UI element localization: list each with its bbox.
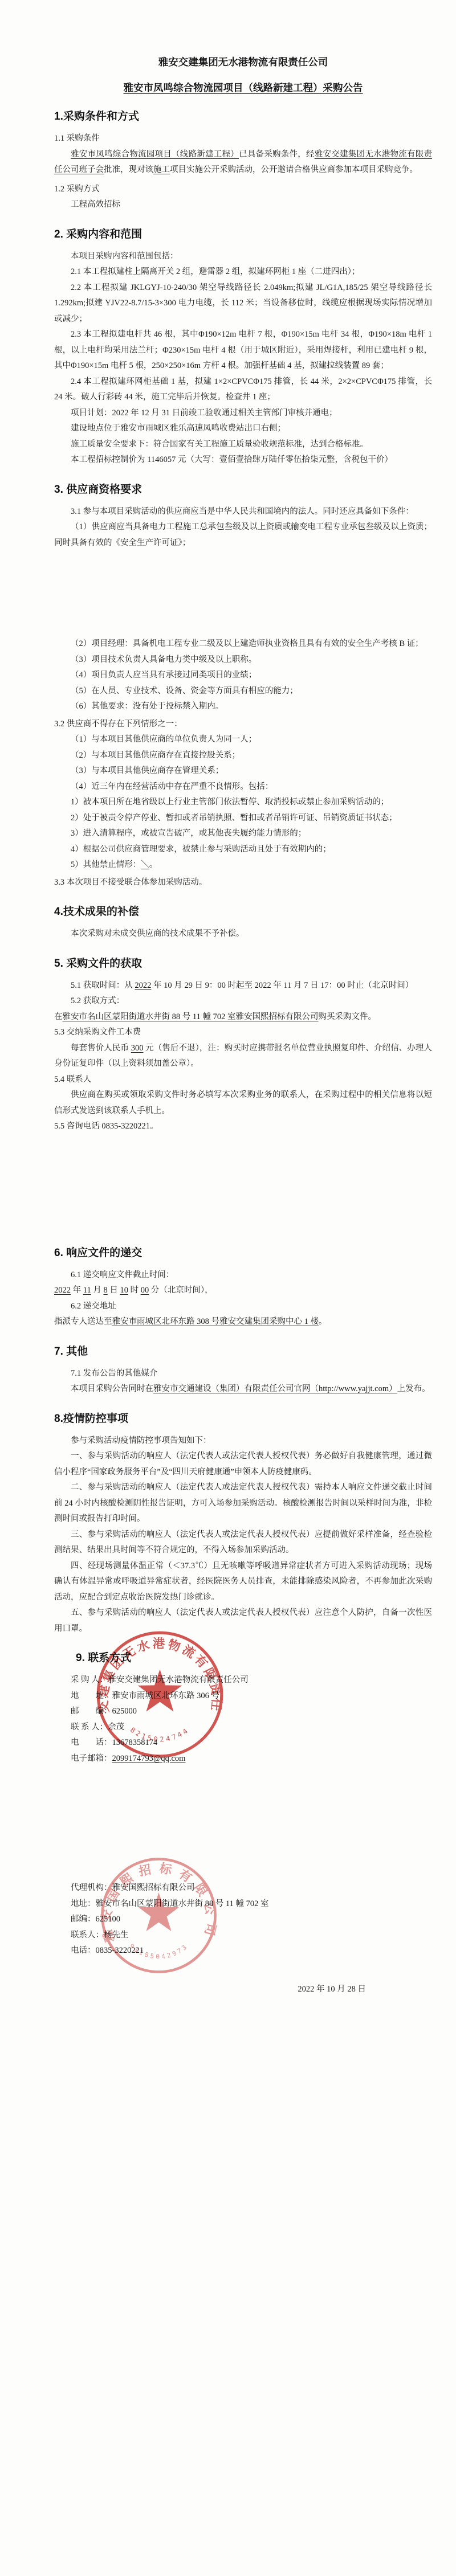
clause-5-4: 5.4 联系人: [54, 1072, 432, 1088]
text-segment: 指派专人送达至: [54, 1317, 112, 1326]
epidemic-intro: 参与采购活动疫情防控事项告知如下：: [54, 1433, 432, 1449]
clause-5-1: 5.1 获取时间：从 2022 年 10 月 29 日 9：00 时起至 202…: [54, 978, 432, 994]
qualification-item-6: （6）其他要求：没有处于投标禁入期内。: [54, 699, 432, 715]
section-3-heading: 3. 供应商资格要求: [54, 482, 432, 498]
page-break-gap: [54, 1135, 432, 1232]
section-1-heading: 1.采购条件和方式: [54, 109, 432, 125]
underlined-segment: 300: [131, 1044, 144, 1053]
prohibited-item-2: （2）与本项目其他供应商存在直接控股关系；: [54, 748, 432, 764]
procurement-method: 工程高效招标: [54, 197, 432, 213]
section-3-supplier-qualification: 3. 供应商资格要求 3.1 参与本项目采购活动的供应商应当是中华人民共和国境内…: [54, 482, 432, 891]
clause-6-2: 6.2 递交地址: [54, 1299, 432, 1315]
clause-5-3-body: 每套售价人民币 300 元（售后不退），注：购买时应携带报名单位营业执照复印件、…: [54, 1041, 432, 1072]
control-price: 本工程招标控制价为 1146057 元（大写：壹佰壹拾肆万陆仟零伍拾柒元整，含税…: [54, 452, 432, 468]
clause-6-1: 6.1 递交响应文件截止时间：: [54, 1267, 432, 1283]
text-segment: 。: [149, 860, 158, 869]
underlined-segment: ＼: [141, 860, 149, 869]
underlined-segment: 雅安市凤鸣综合物流园项目（线路新建工程）: [71, 150, 239, 159]
text-segment: 已具备采购条件，经: [239, 150, 315, 159]
section-6-heading: 6. 响应文件的递交: [54, 1245, 432, 1261]
qualification-item-1: （1）供应商应当具备电力工程施工总承包叁级及以上资质或输变电工程专业承包叁级及以…: [54, 520, 432, 551]
agency-address: 雅安市名山区蒙阳街道水井街 88 号 11 幢 702 室: [96, 1899, 269, 1908]
project-location: 建设地点位于雅安市雨城区雅乐高速凤鸣收费站出口右侧；: [54, 421, 432, 437]
section-2-heading: 2. 采购内容和范围: [54, 227, 432, 243]
epidemic-rule-5: 五、参与采购活动的响应人（法定代表人或法定代表人授权代表）应注意个人防护，自备一…: [54, 1605, 432, 1637]
page-break-gap: [54, 551, 432, 636]
epidemic-rule-1: 一、参与采购活动的响应人（法定代表人或法定代表人授权代表）务必做好自我健康管理，…: [54, 1449, 432, 1480]
prohibited-item-4: （4）近三年内在经营活动中存在严重不良情形。包括：: [54, 779, 432, 795]
agency-contact-block: 代理机构：雅安国熙招标有限公司 地址：雅安市名山区蒙阳街道水井街 88 号 11…: [54, 1880, 432, 1959]
text-segment: 年 10 月 29 日 9：00 时起至 2022 年 11 月 7 日 17：…: [151, 981, 413, 990]
agency-phone-line: 电话：0835-3220221: [54, 1943, 432, 1959]
field-label: 邮 编：: [71, 1707, 112, 1716]
announcement-media: 本项目采购公告同时在雅安市交通建设（集团）有限责任公司官网（http://www…: [54, 1381, 432, 1397]
buyer-line: 采 购 人：雅安交建集团无水港物流有限责任公司: [54, 1673, 432, 1688]
clause-5-3: 5.3 交纳采购文件工本费: [54, 1025, 432, 1041]
buyer-phone: 13678358174: [112, 1738, 158, 1747]
agency-name: 雅安国熙招标有限公司: [112, 1883, 195, 1892]
bad-record-item-5: 5）其他禁止情形：＼。: [54, 857, 432, 873]
section-5-heading: 5. 采购文件的获取: [54, 956, 432, 972]
section-6-submission: 6. 响应文件的递交 6.1 递交响应文件截止时间： 2022 年 11 月 8…: [54, 1245, 432, 1330]
clause-1-1-heading: 1.1 采购条件: [54, 131, 432, 147]
field-label: 电子邮箱：: [71, 1754, 112, 1763]
field-label: 电 话：: [71, 1738, 112, 1747]
agency-contact: 杨先生: [104, 1931, 129, 1940]
section-9-contact: 9. 联系方式 采 购 人：雅安交建集团无水港物流有限责任公司 地 址：雅安市雨…: [54, 1650, 432, 1767]
buyer-address: 雅安市雨城区北环东路 306 号: [112, 1691, 220, 1700]
bad-record-item-1: 1）被本项目所在地省级以上行业主管部门依法暂停、取消投标或禁止参加采购活动的；: [54, 795, 432, 811]
underlined-segment: 8: [103, 1286, 107, 1295]
field-label: 采 购 人：: [71, 1675, 108, 1684]
agency-zip: 625100: [96, 1915, 121, 1924]
clause-1-2-heading: 1.2 采购方式: [54, 182, 432, 198]
agency-address-line: 地址：雅安市名山区蒙阳街道水井街 88 号 11 幢 702 室: [54, 1896, 432, 1912]
underlined-segment: 11: [83, 1286, 91, 1295]
qualification-item-3: （3）项目技术负责人具备电力类中级及以上职称。: [54, 652, 432, 668]
scope-intro: 本项目采购内容和范围包括：: [54, 249, 432, 265]
announcement-title: 雅安市凤鸣综合物流园项目（线路新建工程）采购公告: [54, 80, 432, 95]
qualification-item-5: （5）在人员、专业技术、设备、资金等方面具有相应的能力；: [54, 684, 432, 700]
epidemic-rule-4: 四、经现场测量体温正常（＜37.3℃）且无咳嗽等呼吸道异常症状者方可进入采购活动…: [54, 1559, 432, 1606]
field-label: 代理机构：: [71, 1883, 112, 1892]
underlined-segment: 10: [120, 1286, 128, 1295]
field-label: 地址：: [71, 1899, 96, 1908]
signature-date: 2022 年 10 月 28 日: [54, 1982, 432, 1998]
section-4-heading: 4.技术成果的补偿: [54, 904, 432, 920]
agency-phone: 0835-3220221: [96, 1946, 144, 1955]
agency-name-line: 代理机构：雅安国熙招标有限公司: [54, 1880, 432, 1896]
field-label: 联 系 人：: [71, 1723, 108, 1732]
text-segment: 本项目采购公告同时在: [71, 1384, 153, 1393]
quality-requirement: 施工质量安全要求下：符合国家有关工程施工质量验收规范标准，达到合格标准。: [54, 437, 432, 453]
section-9-heading: 9. 联系方式: [54, 1650, 432, 1666]
field-label: 邮编：: [71, 1915, 96, 1924]
scope-item-2-3: 2.3 本工程拟建电杆共 46 根，其中Φ190×12m 电杆 7 根，Φ190…: [54, 327, 432, 374]
epidemic-rule-2: 二、参与采购活动的响应人（法定代表人或法定代表人授权代表）需持本人响应文件递交截…: [54, 1480, 432, 1527]
buyer-contact-line: 联 系 人：余茂: [54, 1720, 432, 1736]
scope-item-2-2: 2.2 本工程拟建 JKLGYJ-10-240/30 架空导线路径长 2.049…: [54, 280, 432, 328]
submission-address: 指派专人送达至雅安市雨城区北环东路 308 号雅安交建集团采购中心 1 楼。: [54, 1314, 432, 1330]
agency-zip-line: 邮编：625100: [54, 1912, 432, 1928]
text-segment: 。: [319, 1317, 327, 1326]
buyer-zip-line: 邮 编：625000: [54, 1704, 432, 1720]
page-content: 雅安交建集团无水港物流有限责任公司 雅安市凤鸣综合物流园项目（线路新建工程）采购…: [0, 0, 456, 1997]
clause-7-1: 7.1 发布公告的其他媒介: [54, 1366, 432, 1382]
text-segment: 年: [71, 1286, 83, 1295]
text-segment: 月: [91, 1286, 104, 1295]
project-plan: 项目计划：2022 年 12 月 31 日前竣工验收通过相关主管部门审核并通电；: [54, 406, 432, 422]
underlined-segment: 2022: [54, 1286, 71, 1295]
underlined-segment: 雅安市雨城区北环东路 308 号雅安交建集团采购中心 1 楼: [112, 1317, 319, 1326]
text-segment: 项目实施公开采购活动，公开邀请合格供应商参加本项目采购竞争。: [170, 165, 418, 174]
field-label: 地 址：: [71, 1691, 112, 1700]
section-7-other: 7. 其他 7.1 发布公告的其他媒介 本项目采购公告同时在雅安市交通建设（集团…: [54, 1344, 432, 1397]
buyer-name: 雅安交建集团无水港物流有限责任公司: [108, 1675, 249, 1684]
clause-5-2: 5.2 获取方式：: [54, 993, 432, 1009]
clause-3-3: 3.3 本次项目不接受联合体参加采购活动。: [54, 875, 432, 891]
text-segment: 5.1 获取时间：从: [71, 981, 135, 990]
text-segment: 批准，现对该: [104, 165, 153, 174]
section-1-procurement-conditions: 1.采购条件和方式 1.1 采购条件 雅安市凤鸣综合物流园项目（线路新建工程）已…: [54, 109, 432, 213]
clause-5-4-body: 供应商在购买或领取采购文件时务必填写本次采购业务的联系人，在采购过程中的相关信息…: [54, 1087, 432, 1119]
epidemic-rule-3: 三、参与采购活动的响应人（法定代表人或法定代表人授权代表）应提前做好采样准备，经…: [54, 1527, 432, 1559]
text-segment: 分（北京时间），: [149, 1286, 213, 1295]
clause-3-2: 3.2 供应商不得存在下列情形之一：: [54, 717, 432, 733]
page-break-gap: [54, 1767, 432, 1880]
section-2-scope: 2. 采购内容和范围 本项目采购内容和范围包括： 2.1 本工程拟建柱上隔离开关…: [54, 227, 432, 468]
text-segment: 在: [54, 1012, 63, 1021]
clause-5-2-body: 在雅安市名山区蒙阳街道水井街 88 号 11 幢 702 室雅安国熙招标有限公司…: [54, 1009, 432, 1025]
text-segment: 日: [108, 1286, 120, 1295]
prohibited-item-1: （1）与本项目其他供应商的单位负责人为同一人；: [54, 732, 432, 748]
field-label: 电话：: [71, 1946, 96, 1955]
bad-record-item-4: 4）根据公司供应商管理要求，被禁止参与采购活动且处于有效期内的；: [54, 842, 432, 858]
buyer-email-line: 电子邮箱：2099174793@qq.com: [54, 1751, 432, 1767]
qualification-item-4: （4）项目负责人应当具有承接过同类项目的业绩；: [54, 668, 432, 684]
text-segment: 5）其他禁止情形：: [71, 860, 141, 869]
buyer-address-line: 地 址：雅安市雨城区北环东路 306 号: [54, 1688, 432, 1704]
buyer-phone-line: 电 话：13678358174: [54, 1735, 432, 1751]
buyer-zip: 625000: [112, 1707, 137, 1716]
text-segment: 购买采购文件。: [318, 1012, 376, 1021]
scanned-procurement-announcement: 雅安交建集团无水港物流有限责任公司 雅安市凤鸣综合物流园项目（线路新建工程）采购…: [0, 0, 456, 2576]
compensation-body: 本次采购对未成交供应商的技术成果不予补偿。: [54, 926, 432, 942]
clause-3-1: 3.1 参与本项目采购活动的供应商应当是中华人民共和国境内的法人。同时还应具备如…: [54, 504, 432, 520]
field-label: 联系人：: [71, 1931, 104, 1940]
underlined-segment: 2022: [135, 981, 151, 990]
text-segment: 上发布。: [397, 1384, 430, 1393]
clause-5-5-phone: 5.5 咨询电话 0835-3220221。: [54, 1119, 432, 1135]
section-7-heading: 7. 其他: [54, 1344, 432, 1360]
section-4-compensation: 4.技术成果的补偿 本次采购对未成交供应商的技术成果不予补偿。: [54, 904, 432, 942]
underlined-segment: 雅安市交通建设（集团）有限责任公司官网（http://www.yajjt.com…: [153, 1384, 397, 1393]
submission-deadline: 2022 年 11 月 8 日 10 时 00 分（北京时间），: [54, 1283, 432, 1299]
buyer-email: 2099174793@qq.com: [112, 1754, 186, 1763]
agency-contact-line: 联系人：杨先生: [54, 1928, 432, 1944]
text-segment: 每套售价人民币: [71, 1044, 131, 1053]
underlined-segment: 雅安市名山区蒙阳街道水井街 88 号 11 幢 702 室雅安国熙招标有限公司: [63, 1012, 319, 1021]
section-8-epidemic-prevention: 8.疫情防控事项 参与采购活动疫情防控事项告知如下： 一、参与采购活动的响应人（…: [54, 1411, 432, 1637]
scope-item-2-4: 2.4 本工程拟建环网柜基础 1 基，拟建 1×2×CPVCΦ175 排管，长 …: [54, 374, 432, 406]
underlined-segment: 00: [141, 1286, 149, 1295]
text-segment: 时: [128, 1286, 141, 1295]
clause-1-1-body: 雅安市凤鸣综合物流园项目（线路新建工程）已具备采购条件，经雅安交建集团无水港物流…: [54, 147, 432, 178]
company-title: 雅安交建集团无水港物流有限责任公司: [54, 55, 432, 69]
section-5-document-acquisition: 5. 采购文件的获取 5.1 获取时间：从 2022 年 10 月 29 日 9…: [54, 956, 432, 1135]
section-8-heading: 8.疫情防控事项: [54, 1411, 432, 1427]
buyer-contact: 余茂: [108, 1723, 124, 1732]
prohibited-item-3: （3）与本项目其他供应商存在管理关系；: [54, 763, 432, 779]
underlined-segment: 施工: [153, 165, 170, 174]
bad-record-item-3: 3）进入清算程序，或被宣告破产，或其他丧失履约能力情形的；: [54, 826, 432, 842]
scope-item-2-1: 2.1 本工程拟建柱上隔离开关 2 组，避雷器 2 组，拟建环网柜 1 座（二进…: [54, 264, 432, 280]
bad-record-item-2: 2）处于被责令停产停业、暂扣或者吊销执照、暂扣或者吊销许可证、吊销资质证书状态；: [54, 811, 432, 827]
qualification-item-2: （2）项目经理：具备机电工程专业二级及以上建造师执业资格且具有有效的安全生产考核…: [54, 636, 432, 652]
